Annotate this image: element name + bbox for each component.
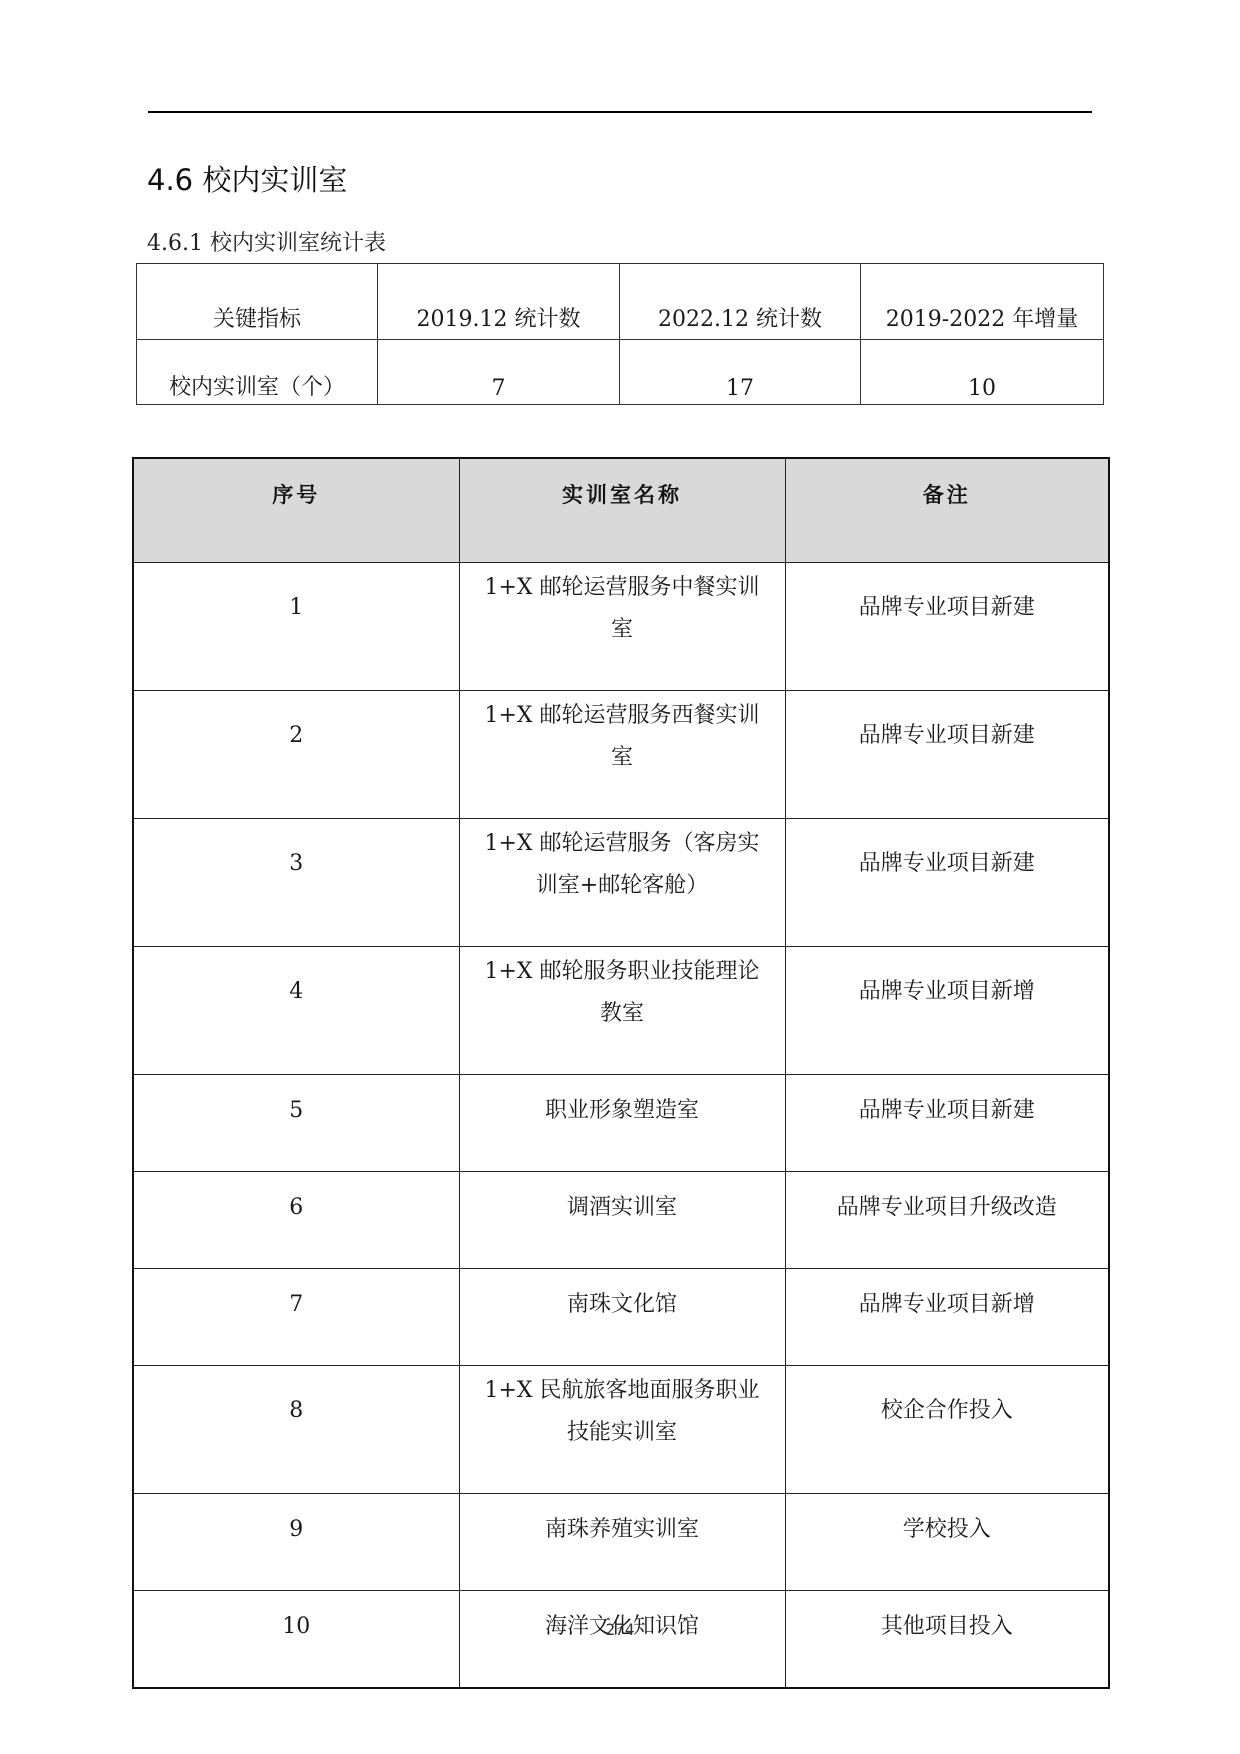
row-note: 品牌专业项目新增 [785, 1269, 1109, 1366]
row-index: 7 [133, 1269, 459, 1366]
header-count-2019: 2019.12 统计数 [378, 264, 620, 340]
summary-table: 关键指标 2019.12 统计数 2022.12 统计数 2019-2022 年… [136, 263, 1104, 405]
row-note: 校企合作投入 [785, 1366, 1109, 1494]
header-lab-name: 实训室名称 [459, 458, 785, 563]
table-row: 2 1+X 邮轮运营服务西餐实训室 品牌专业项目新建 [133, 691, 1109, 819]
row-index: 3 [133, 819, 459, 947]
count-2022-cell: 17 [620, 340, 861, 405]
row-index: 2 [133, 691, 459, 819]
header-increase: 2019-2022 年增量 [861, 264, 1104, 340]
row-lab-name: 1+X 邮轮服务职业技能理论教室 [459, 947, 785, 1075]
table-row: 9 南珠养殖实训室 学校投入 [133, 1494, 1109, 1591]
row-lab-name: 1+X 邮轮运营服务（客房实训室+邮轮客舱） [459, 819, 785, 947]
row-index: 9 [133, 1494, 459, 1591]
row-lab-name: 调酒实训室 [459, 1172, 785, 1269]
row-note: 品牌专业项目升级改造 [785, 1172, 1109, 1269]
section-title: 4.6 校内实训室 [147, 160, 347, 200]
header-index: 序号 [133, 458, 459, 563]
table-row: 3 1+X 邮轮运营服务（客房实训室+邮轮客舱） 品牌专业项目新建 [133, 819, 1109, 947]
row-note: 品牌专业项目新增 [785, 947, 1109, 1075]
header-key-indicator: 关键指标 [137, 264, 378, 340]
table-row: 1 1+X 邮轮运营服务中餐实训室 品牌专业项目新建 [133, 563, 1109, 691]
row-note: 品牌专业项目新建 [785, 691, 1109, 819]
header-rule [148, 111, 1092, 113]
table-row: 5 职业形象塑造室 品牌专业项目新建 [133, 1075, 1109, 1172]
row-index: 4 [133, 947, 459, 1075]
row-lab-name: 南珠养殖实训室 [459, 1494, 785, 1591]
row-lab-name: 海洋文化知识馆 [459, 1591, 785, 1689]
subsection-title: 4.6.1 校内实训室统计表 [147, 229, 386, 259]
row-note: 学校投入 [785, 1494, 1109, 1591]
row-lab-name: 1+X 邮轮运营服务中餐实训室 [459, 563, 785, 691]
count-2019-cell: 7 [378, 340, 620, 405]
row-index: 1 [133, 563, 459, 691]
row-lab-name: 职业形象塑造室 [459, 1075, 785, 1172]
row-index: 10 [133, 1591, 459, 1689]
lab-list-table: 序号 实训室名称 备注 1 1+X 邮轮运营服务中餐实训室 品牌专业项目新建 2… [132, 457, 1110, 1689]
row-note: 品牌专业项目新建 [785, 563, 1109, 691]
row-note: 品牌专业项目新建 [785, 819, 1109, 947]
indicator-cell: 校内实训室（个） [137, 340, 378, 405]
header-note: 备注 [785, 458, 1109, 563]
table-row: 8 1+X 民航旅客地面服务职业技能实训室 校企合作投入 [133, 1366, 1109, 1494]
increase-cell: 10 [861, 340, 1104, 405]
row-index: 5 [133, 1075, 459, 1172]
summary-header-row: 关键指标 2019.12 统计数 2022.12 统计数 2019-2022 年… [137, 264, 1104, 340]
row-lab-name: 1+X 邮轮运营服务西餐实训室 [459, 691, 785, 819]
table-row: 6 调酒实训室 品牌专业项目升级改造 [133, 1172, 1109, 1269]
row-lab-name: 南珠文化馆 [459, 1269, 785, 1366]
row-note: 品牌专业项目新建 [785, 1075, 1109, 1172]
row-note: 其他项目投入 [785, 1591, 1109, 1689]
header-count-2022: 2022.12 统计数 [620, 264, 861, 340]
page-number: 274 [0, 1620, 1240, 1639]
row-index: 6 [133, 1172, 459, 1269]
table-row: 10 海洋文化知识馆 其他项目投入 [133, 1591, 1109, 1689]
lab-table-header-row: 序号 实训室名称 备注 [133, 458, 1109, 563]
summary-data-row: 校内实训室（个） 7 17 10 [137, 340, 1104, 405]
table-row: 4 1+X 邮轮服务职业技能理论教室 品牌专业项目新增 [133, 947, 1109, 1075]
table-row: 7 南珠文化馆 品牌专业项目新增 [133, 1269, 1109, 1366]
row-lab-name: 1+X 民航旅客地面服务职业技能实训室 [459, 1366, 785, 1494]
row-index: 8 [133, 1366, 459, 1494]
